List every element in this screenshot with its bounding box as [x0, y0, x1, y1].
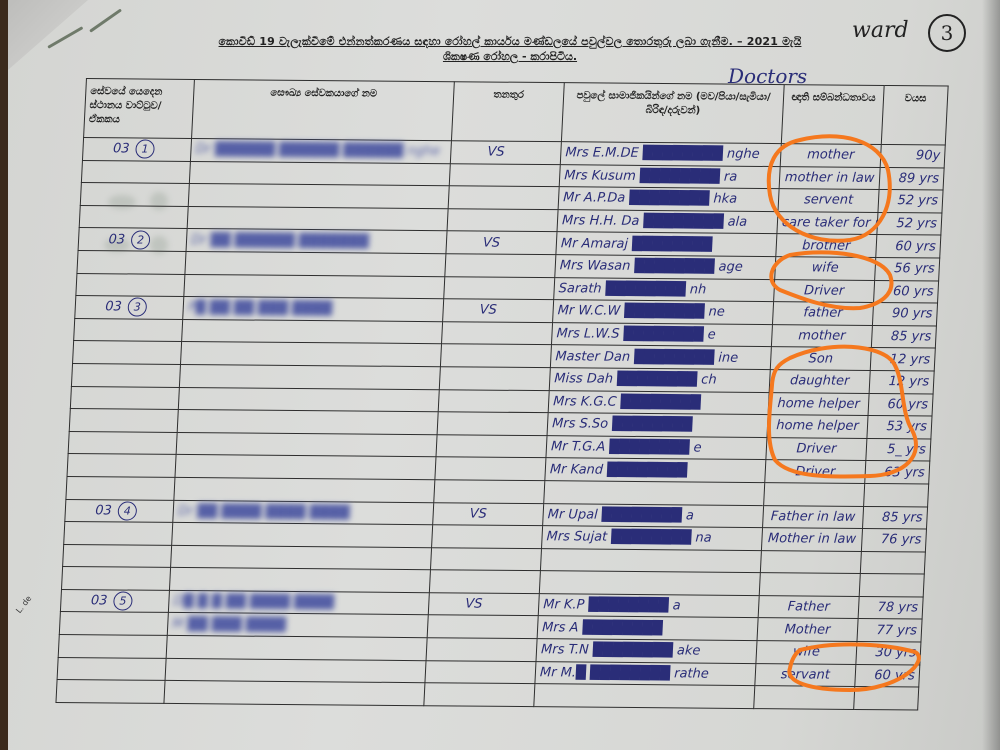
cell-age [854, 687, 919, 710]
staff-family-table: සේවයේ යෙදෙන ස්ථානය වාට්ටුව/ ඒකකය සෞඛ්‍ය … [55, 78, 948, 710]
cell-relationship: Mother [757, 618, 858, 641]
cell-family-member: Mrs T.N ████████ ake [536, 639, 757, 664]
cell-post [448, 186, 559, 210]
cell-post [430, 547, 541, 571]
cell-relationship: father [772, 302, 873, 325]
unit-number: 03 [87, 141, 130, 156]
cell-unit [67, 454, 176, 478]
cell-post [436, 434, 547, 458]
cell-family-member: Mrs K.G.C ████████ [548, 390, 769, 415]
cell-post: VS [443, 299, 554, 323]
cell-unit: 034 [65, 499, 174, 523]
cell-relationship: Father in law [763, 505, 864, 528]
cell-age [860, 551, 925, 574]
cell-unit [80, 183, 189, 207]
cell-post [425, 660, 536, 684]
cell-age: 60 yrs [868, 393, 933, 416]
cell-staff-name [182, 319, 443, 344]
cell-family-member: Mr T.G.A ████████ e [546, 435, 767, 460]
cell-age: 60 yrs [876, 235, 941, 258]
cell-family-member: Mrs H.H. Da ████████ ala [557, 209, 778, 234]
ward-label: ward [852, 18, 909, 43]
table-header-row: සේවයේ යෙදෙන ස්ථානය වාට්ටුව/ ඒකකය සෞඛ්‍ය … [84, 79, 949, 146]
cell-age: 52 yrs [877, 212, 942, 235]
cell-unit [56, 680, 165, 704]
cell-family-member: Mr W.C.W ████████ ne [553, 300, 774, 325]
cell-staff-name: D█ █ █ ██ ████ ████ [168, 590, 429, 615]
cell-family-member: Mrs Sujat ████████ na [542, 526, 763, 551]
cell-unit [63, 544, 172, 568]
cell-post [424, 683, 535, 707]
cell-family-member: Mrs Kusum ████████ ra [559, 164, 780, 189]
cell-staff-name [189, 161, 450, 186]
cell-relationship: brother [776, 234, 877, 257]
cell-family-member [540, 548, 761, 573]
header-relationship: ඥාති සම්බන්ධතාවය [781, 85, 884, 145]
circled-entry-number: 4 [117, 501, 137, 520]
folded-corner [8, 0, 88, 70]
table-body: 031Dr ██████ ██████ ██████ ngheVSMrs E.M… [56, 138, 945, 710]
cell-staff-name [181, 342, 442, 367]
unit-number: 03 [79, 299, 122, 314]
cell-unit [57, 657, 166, 681]
cell-relationship: daughter [769, 370, 870, 393]
cell-unit: 031 [82, 138, 191, 162]
unit-number: 03 [83, 232, 126, 247]
cell-relationship [754, 686, 855, 709]
cell-post [437, 412, 548, 436]
cell-age: 12 yrs [869, 370, 934, 393]
cell-relationship: Father [758, 595, 859, 618]
cell-age: 63 yrs [865, 461, 930, 484]
cell-staff-name: Dr ██ ████ ████ ████ [173, 500, 434, 525]
cell-post [429, 570, 540, 594]
cell-family-member: Mrs A ████████ [537, 616, 758, 641]
ward-number: 3 [928, 14, 966, 52]
cell-staff-name [177, 410, 438, 435]
cell-relationship: Mother in law [761, 528, 862, 551]
header-unit: සේවයේ යෙදෙන ස්ථානය වාට්ටුව/ ඒකකය [84, 79, 195, 139]
cell-age: 76 yrs [861, 529, 926, 552]
cell-age: 52 yrs [878, 190, 943, 213]
cell-unit [58, 635, 167, 659]
cell-post [445, 254, 556, 278]
staple-mark [89, 8, 122, 32]
cell-age: 30 yrs [856, 642, 921, 665]
cell-family-member: Mrs L.W.S ████████ e [551, 322, 772, 347]
unit-number: 03 [65, 593, 108, 608]
cell-staff-name [175, 455, 436, 480]
cell-unit [64, 522, 173, 546]
cell-post [434, 480, 545, 504]
cell-staff-name: Dr ██████ ██████ ██████ nghe [190, 138, 451, 163]
unit-number: 03 [69, 503, 112, 518]
cell-staff-name [169, 568, 430, 593]
cell-age: 90y [880, 144, 945, 167]
cell-relationship: mother in law [779, 166, 880, 189]
cell-family-member: Mr M.█ ████████ rathe [535, 661, 756, 686]
cell-unit [71, 363, 180, 387]
cell-age: 78 yrs [858, 596, 923, 619]
document-title: කොවිඩ් 19 වැලැක්වීමේ එන්නත්කරණය සඳහා රෝහ… [215, 34, 805, 50]
cell-post: VS [450, 141, 561, 165]
cell-staff-name [185, 251, 446, 276]
cell-staff-name [166, 635, 427, 660]
cell-unit [59, 612, 168, 636]
cell-relationship: wife [775, 257, 876, 280]
cell-family-member [539, 571, 760, 596]
circled-entry-number: 3 [127, 298, 147, 317]
header-post: තනතුර [451, 82, 564, 142]
cell-relationship: servent [778, 189, 879, 212]
cell-staff-name: P█ ██ ██ ███ ████ [183, 297, 444, 322]
cell-unit: 033 [75, 296, 184, 320]
cell-staff-name [179, 364, 440, 389]
cell-unit [79, 205, 188, 229]
cell-staff-name [178, 387, 439, 412]
cell-age: 77 yrs [857, 619, 922, 642]
cell-family-member [544, 481, 765, 506]
cell-staff-name [188, 184, 449, 209]
cell-unit [68, 431, 177, 455]
cell-unit [81, 160, 190, 184]
cell-age: 12 yrs [870, 348, 935, 371]
cell-relationship: care taker for mother [777, 211, 878, 234]
staff-family-table-wrapper: සේවයේ යෙදෙන ස්ථානය වාට්ටුව/ ඒකකය සෞඛ්‍ය … [57, 78, 938, 685]
cell-staff-name [176, 432, 437, 457]
cell-family-member: Master Dan ████████ ine [550, 345, 771, 370]
cell-post: VS [433, 502, 544, 526]
cell-family-member: Sarath ████████ nh [554, 277, 775, 302]
cell-post [427, 615, 538, 639]
cell-relationship: Driver [774, 279, 875, 302]
cell-age: 60 yrs [874, 280, 939, 303]
cell-family-member: Miss Dah ████████ ch [549, 368, 770, 393]
cell-post: VS [428, 593, 539, 617]
cell-unit [76, 273, 185, 297]
header-family-member: පවුලේ සාමාජිකයින්ගේ නම (මව/පියා/සැමියා/බ… [561, 83, 784, 144]
cell-family-member [534, 684, 755, 709]
cell-age: 85 yrs [863, 506, 928, 529]
cell-relationship [759, 573, 860, 596]
cell-post [444, 276, 555, 300]
cell-staff-name: Dr ██ ██████ ███████ [186, 229, 447, 254]
cell-unit [70, 386, 179, 410]
cell-age: 89 yrs [879, 167, 944, 190]
cell-unit [61, 567, 170, 591]
cell-age [864, 483, 929, 506]
cell-unit [69, 409, 178, 433]
cell-family-member: Mrs S.So ████████ [547, 413, 768, 438]
cell-staff-name: M ██ ███ ████ [167, 613, 428, 638]
header-staff-name: සෞඛ්‍ය සේවකයාගේ නම [192, 79, 455, 140]
circled-entry-number: 2 [131, 230, 151, 249]
cell-age: 90 yrs [872, 303, 937, 326]
cell-unit [77, 250, 186, 274]
cell-post [435, 457, 546, 481]
cell-age: 53 yrs [867, 416, 932, 439]
cell-relationship: Son [770, 347, 871, 370]
cell-staff-name [171, 545, 432, 570]
cell-age: 85 yrs [871, 325, 936, 348]
cell-staff-name [164, 681, 425, 706]
cell-age: 60 yrs [855, 664, 920, 687]
cell-age: 56 yrs [875, 257, 940, 280]
cell-post [438, 389, 549, 413]
cell-unit [74, 318, 183, 342]
cell-unit: 035 [60, 589, 169, 613]
cell-staff-name [174, 477, 435, 502]
cell-relationship: Driver [766, 437, 867, 460]
cell-relationship: mother [771, 324, 872, 347]
cell-relationship: wife [756, 641, 857, 664]
cell-staff-name [165, 658, 426, 683]
cell-post [439, 367, 550, 391]
cell-family-member: Mr K.P ████████ a [538, 594, 759, 619]
cell-age [859, 574, 924, 597]
cell-family-member: Mrs E.M.DE ████████ nghe [560, 142, 781, 167]
cell-staff-name [187, 206, 448, 231]
cell-relationship: mother [780, 144, 881, 167]
cell-post [449, 163, 560, 187]
cell-age: 5_ yrs [866, 438, 931, 461]
paper-edge-shadow [982, 0, 1000, 750]
cell-relationship: home helper [768, 392, 869, 415]
cell-relationship: servant [755, 663, 856, 686]
cell-staff-name [184, 274, 445, 299]
header-age: වයස [881, 85, 948, 145]
cell-relationship [764, 482, 865, 505]
cell-post: VS [446, 231, 557, 255]
cell-unit [73, 341, 182, 365]
cell-relationship [760, 550, 861, 573]
cell-family-member: Mr Kand ████████ [545, 458, 766, 483]
cell-family-member: Mrs Wasan ████████ age [555, 255, 776, 280]
cell-post [447, 208, 558, 232]
circled-entry-number: 5 [113, 592, 133, 611]
cell-relationship: Driver [765, 460, 866, 483]
cell-post [432, 525, 543, 549]
cell-staff-name [172, 523, 433, 548]
cell-post [442, 321, 553, 345]
cell-family-member: Mr Upal ████████ a [543, 503, 764, 528]
document-subtitle: ශිකෂණ රෝහල - කරාපිටිය. [215, 50, 805, 64]
cell-family-member: Mr A.P.Da ████████ hka [558, 187, 779, 212]
cell-post [440, 344, 551, 368]
cell-relationship: home helper [767, 415, 868, 438]
cell-post [426, 638, 537, 662]
cell-unit [66, 476, 175, 500]
cell-family-member: Mr Amaraj ████████ [556, 232, 777, 257]
cell-unit: 032 [78, 228, 187, 252]
circled-entry-number: 1 [135, 140, 155, 159]
